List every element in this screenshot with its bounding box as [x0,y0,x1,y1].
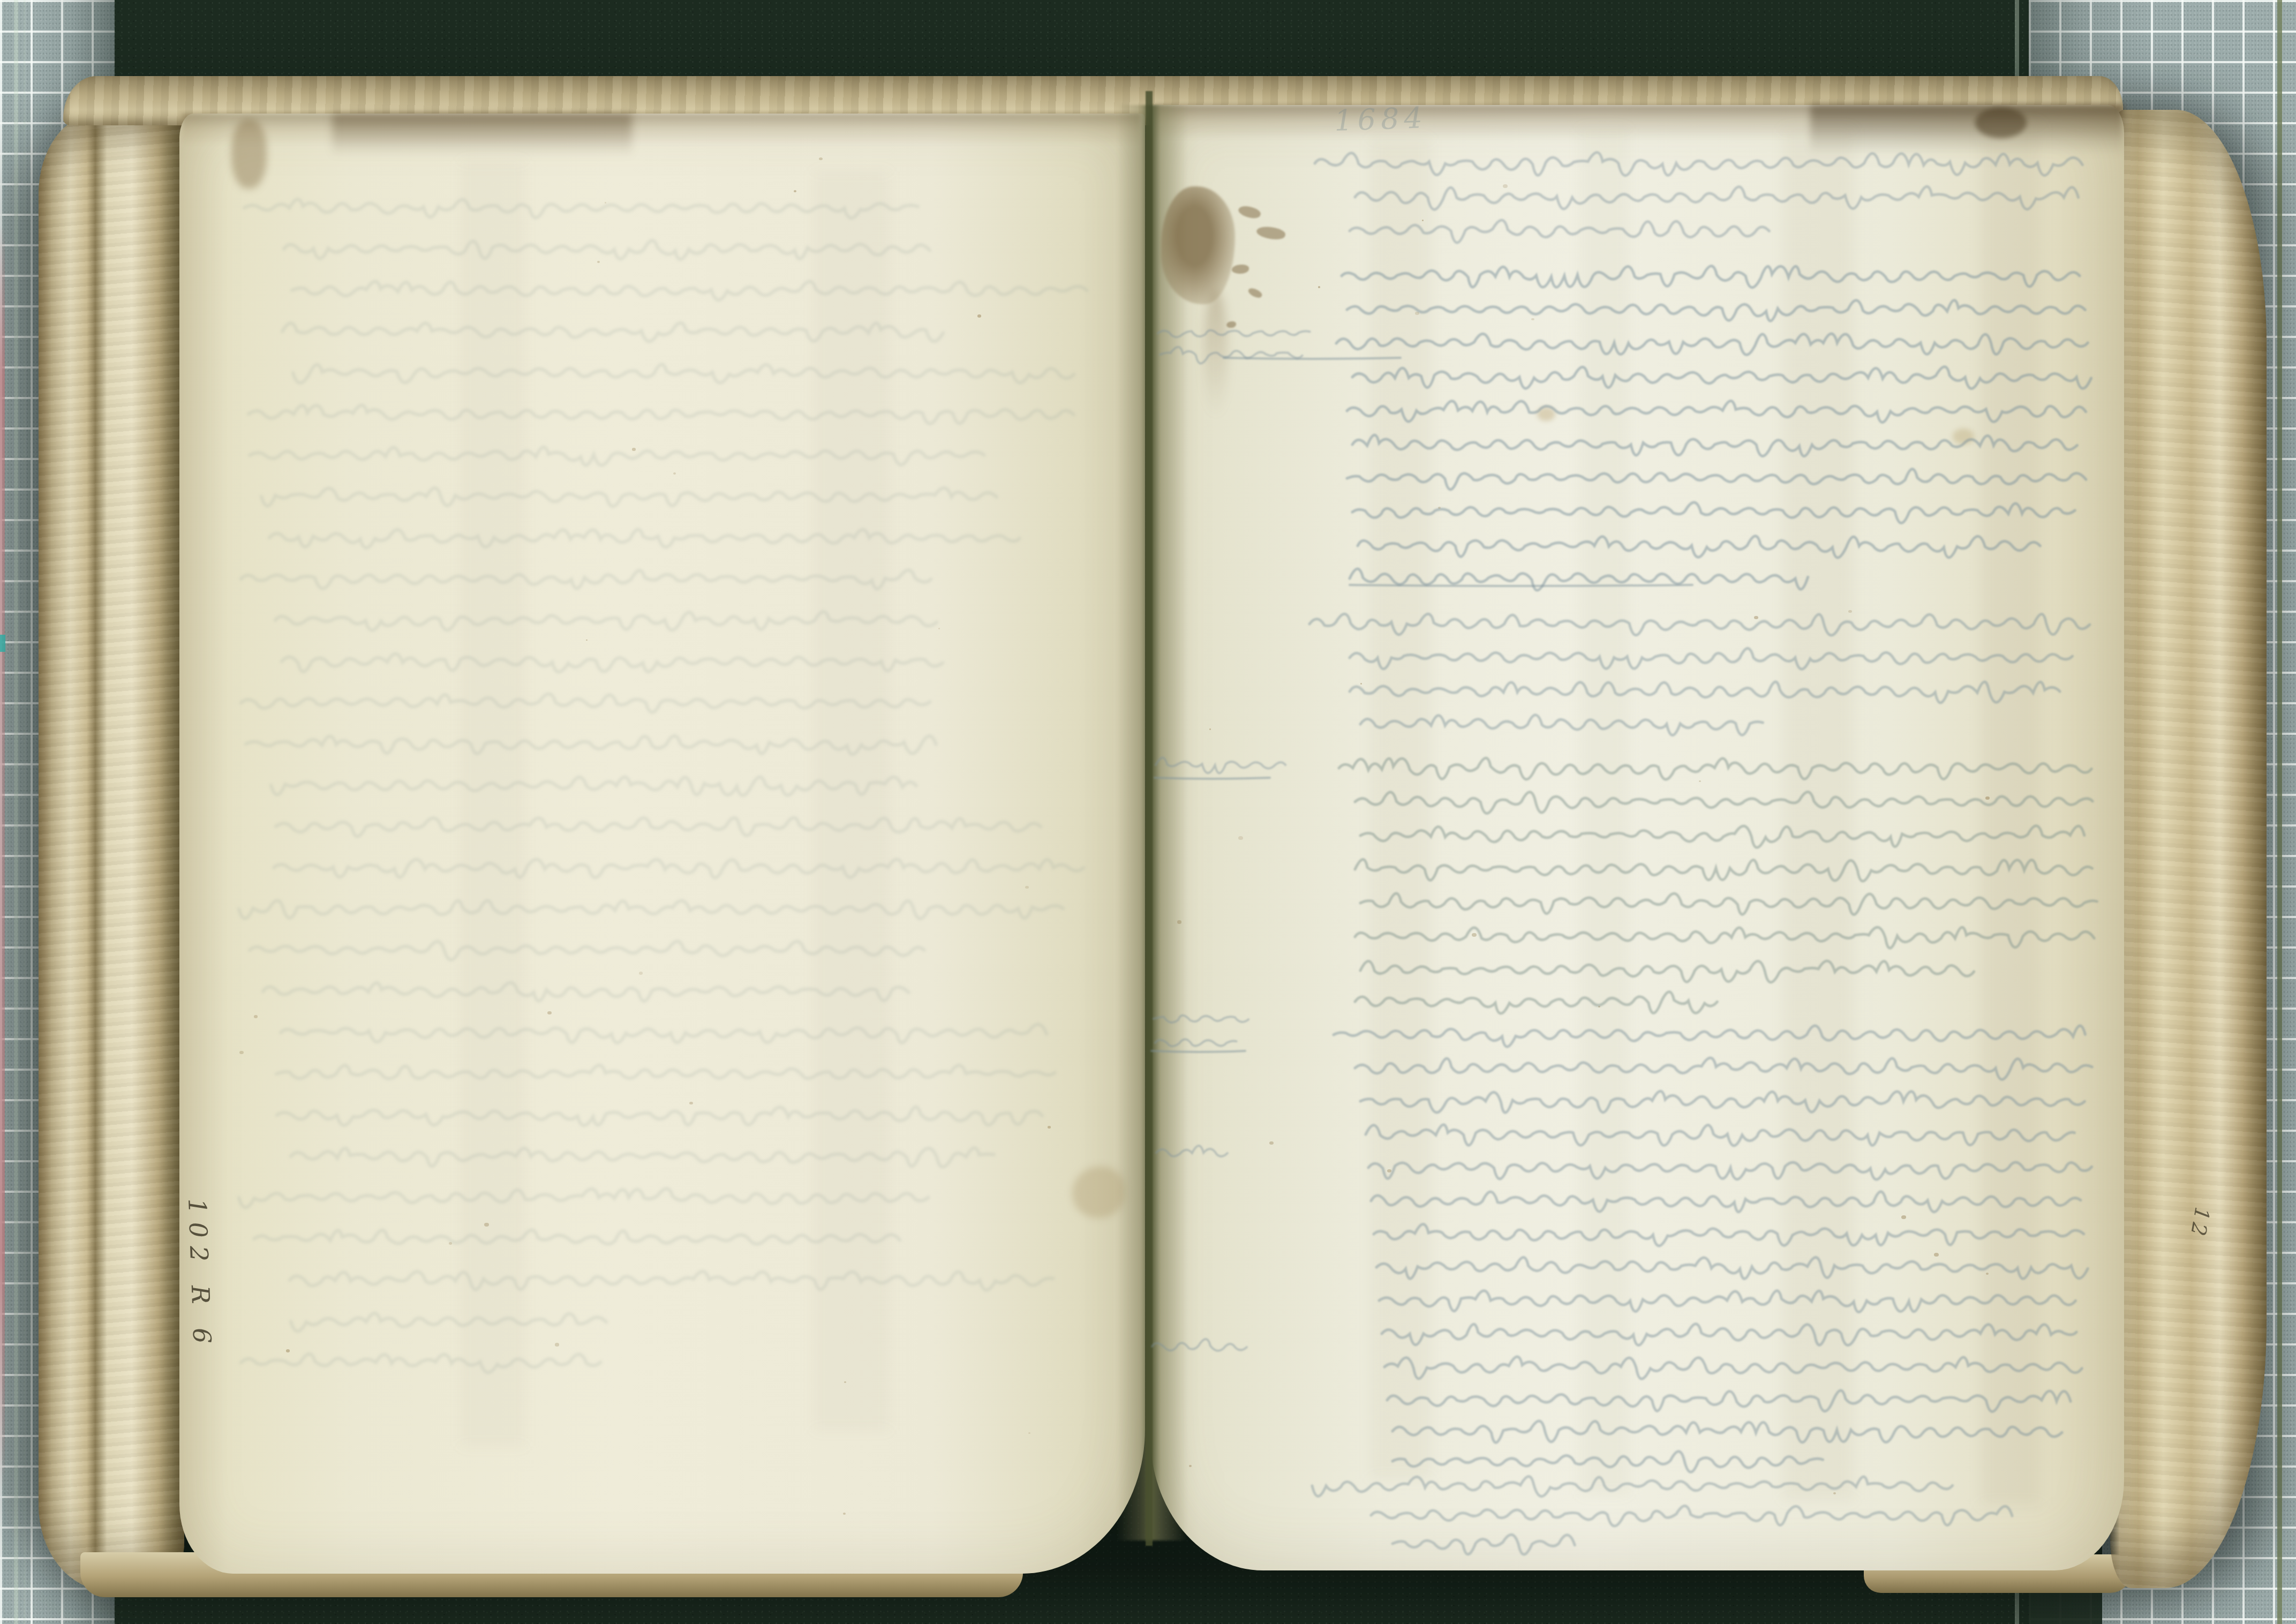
water-streak [461,161,525,1446]
page-stack-left-edge [39,114,184,1591]
paper-speck [977,314,981,318]
paper-speck [1177,920,1181,924]
grime-band-left-page-dark [332,114,632,156]
paper-speck [1986,1273,1989,1275]
ink-blot-stain [1161,186,1235,304]
paper-speck [555,1343,559,1347]
left-page-verso-blank [179,114,1145,1574]
paper-speck [1438,507,1441,509]
paper-speck [1934,1253,1939,1257]
paper-speck [1025,886,1029,889]
color-strip-pink [0,225,5,1489]
paper-speck [605,202,606,204]
deckle-grain-left [39,114,184,1591]
paper-speck [1531,318,1534,320]
paper-speck [597,261,600,263]
paper-speck [1269,1141,1274,1145]
grime-band-left-page-top [182,114,1141,146]
paper-speck [1189,1465,1192,1467]
water-streak [1580,129,1628,1494]
stain-streak-left-page-corner [231,119,267,189]
paper-speck [1422,220,1424,221]
glass-edge-line-right-olive [2277,0,2282,1624]
glass-edge-line-left [14,0,18,1624]
paper-speck [1472,933,1477,937]
foxing-spot [1953,428,1974,445]
paper-speck [1209,728,1211,730]
water-streak [814,171,889,1430]
foxing-spot [1537,407,1555,421]
tan-stain-near-gutter [1072,1167,1125,1218]
paper-speck [1048,1126,1051,1129]
water-streak [1982,123,2041,1505]
gutter-center-line [1146,91,1153,1546]
paper-speck [1985,796,1990,800]
water-streak [1371,139,1430,1478]
paper-speck [1360,683,1362,685]
paper-speck [689,1102,693,1104]
paper-speck [1238,836,1243,840]
manuscript-photo-scene: 102 R 6 12 1684 [0,0,2296,1624]
paper-speck [1901,1215,1906,1219]
color-tick-cyan [0,635,5,652]
paper-speck [286,1349,290,1352]
deckle-grain-right [2110,110,2267,1588]
paper-speck [1318,286,1320,288]
paper-speck [1387,1169,1391,1172]
paper-speck [484,1223,489,1227]
grime-band-right-page-dark [1810,105,2124,154]
paper-speck [1598,1006,1600,1008]
paper-speck [844,1381,846,1383]
paper-speck [632,448,636,451]
water-streak [1783,129,1853,1500]
paper-speck [1415,312,1419,315]
page-stack-fore-edge-right [2110,110,2267,1588]
ink-blot-run [1204,289,1228,418]
right-page-recto-manuscript [1150,105,2124,1570]
paper-speck [819,157,823,160]
